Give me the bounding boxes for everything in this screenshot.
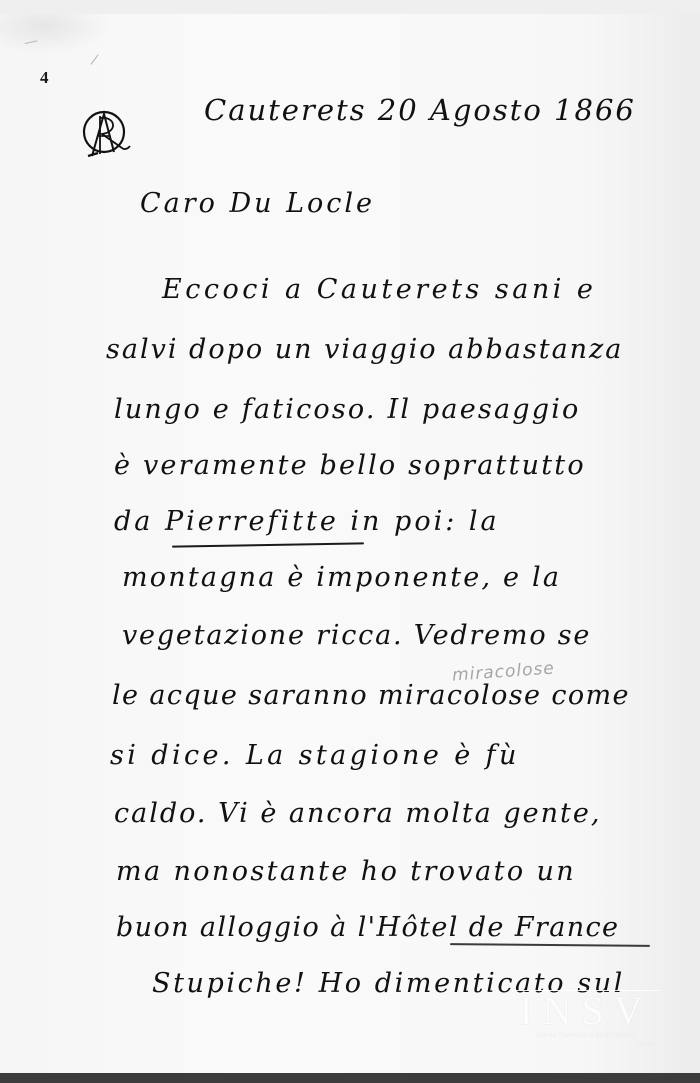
letter-line: vegetazione ricca. Vedremo se (122, 622, 591, 649)
letter-line: Eccoci a Cauterets sani e (162, 276, 596, 303)
monogram-icon (78, 106, 134, 162)
scan-top-margin (0, 0, 700, 15)
page-number: 4 (40, 68, 49, 88)
letter-line: le acque saranno miracolose come (112, 682, 630, 709)
watermark-letters: INSV (512, 990, 660, 1031)
letter-place-date: Cauterets 20 Agosto 1866 (204, 96, 636, 125)
letter-line: montagna è imponente, e la (122, 564, 561, 591)
letter-line: si dice. La stagione è fù (110, 742, 520, 769)
letter-line: caldo. Vi è ancora molta gente, (114, 800, 601, 827)
letter-line: è veramente bello soprattutto (114, 452, 586, 479)
pencil-mark: — (22, 33, 39, 52)
letter-line: lungo e faticoso. Il paesaggio (114, 396, 581, 423)
archive-watermark: INSV Istituto Nazionale di Studi Verdian… (512, 990, 660, 1052)
scan-bottom-edge (0, 1073, 700, 1083)
paper-crease (0, 14, 110, 54)
letter-line: salvi dopo un viaggio abbastanza (106, 336, 623, 363)
scan-right-margin (681, 14, 700, 1074)
scanned-page: — / 4 Cauterets 20 Agosto 1866 Caro Du L… (0, 0, 700, 1083)
letter-salutation: Caro Du Locle (140, 190, 375, 217)
watermark-subtitle-2: Parma (512, 1040, 660, 1048)
letter-line: ma nonostante ho trovato un (116, 858, 576, 885)
letter-line: buon alloggio à l'Hôtel de France (116, 914, 619, 941)
letter-line: da Pierrefitte in poi: la (114, 508, 500, 535)
